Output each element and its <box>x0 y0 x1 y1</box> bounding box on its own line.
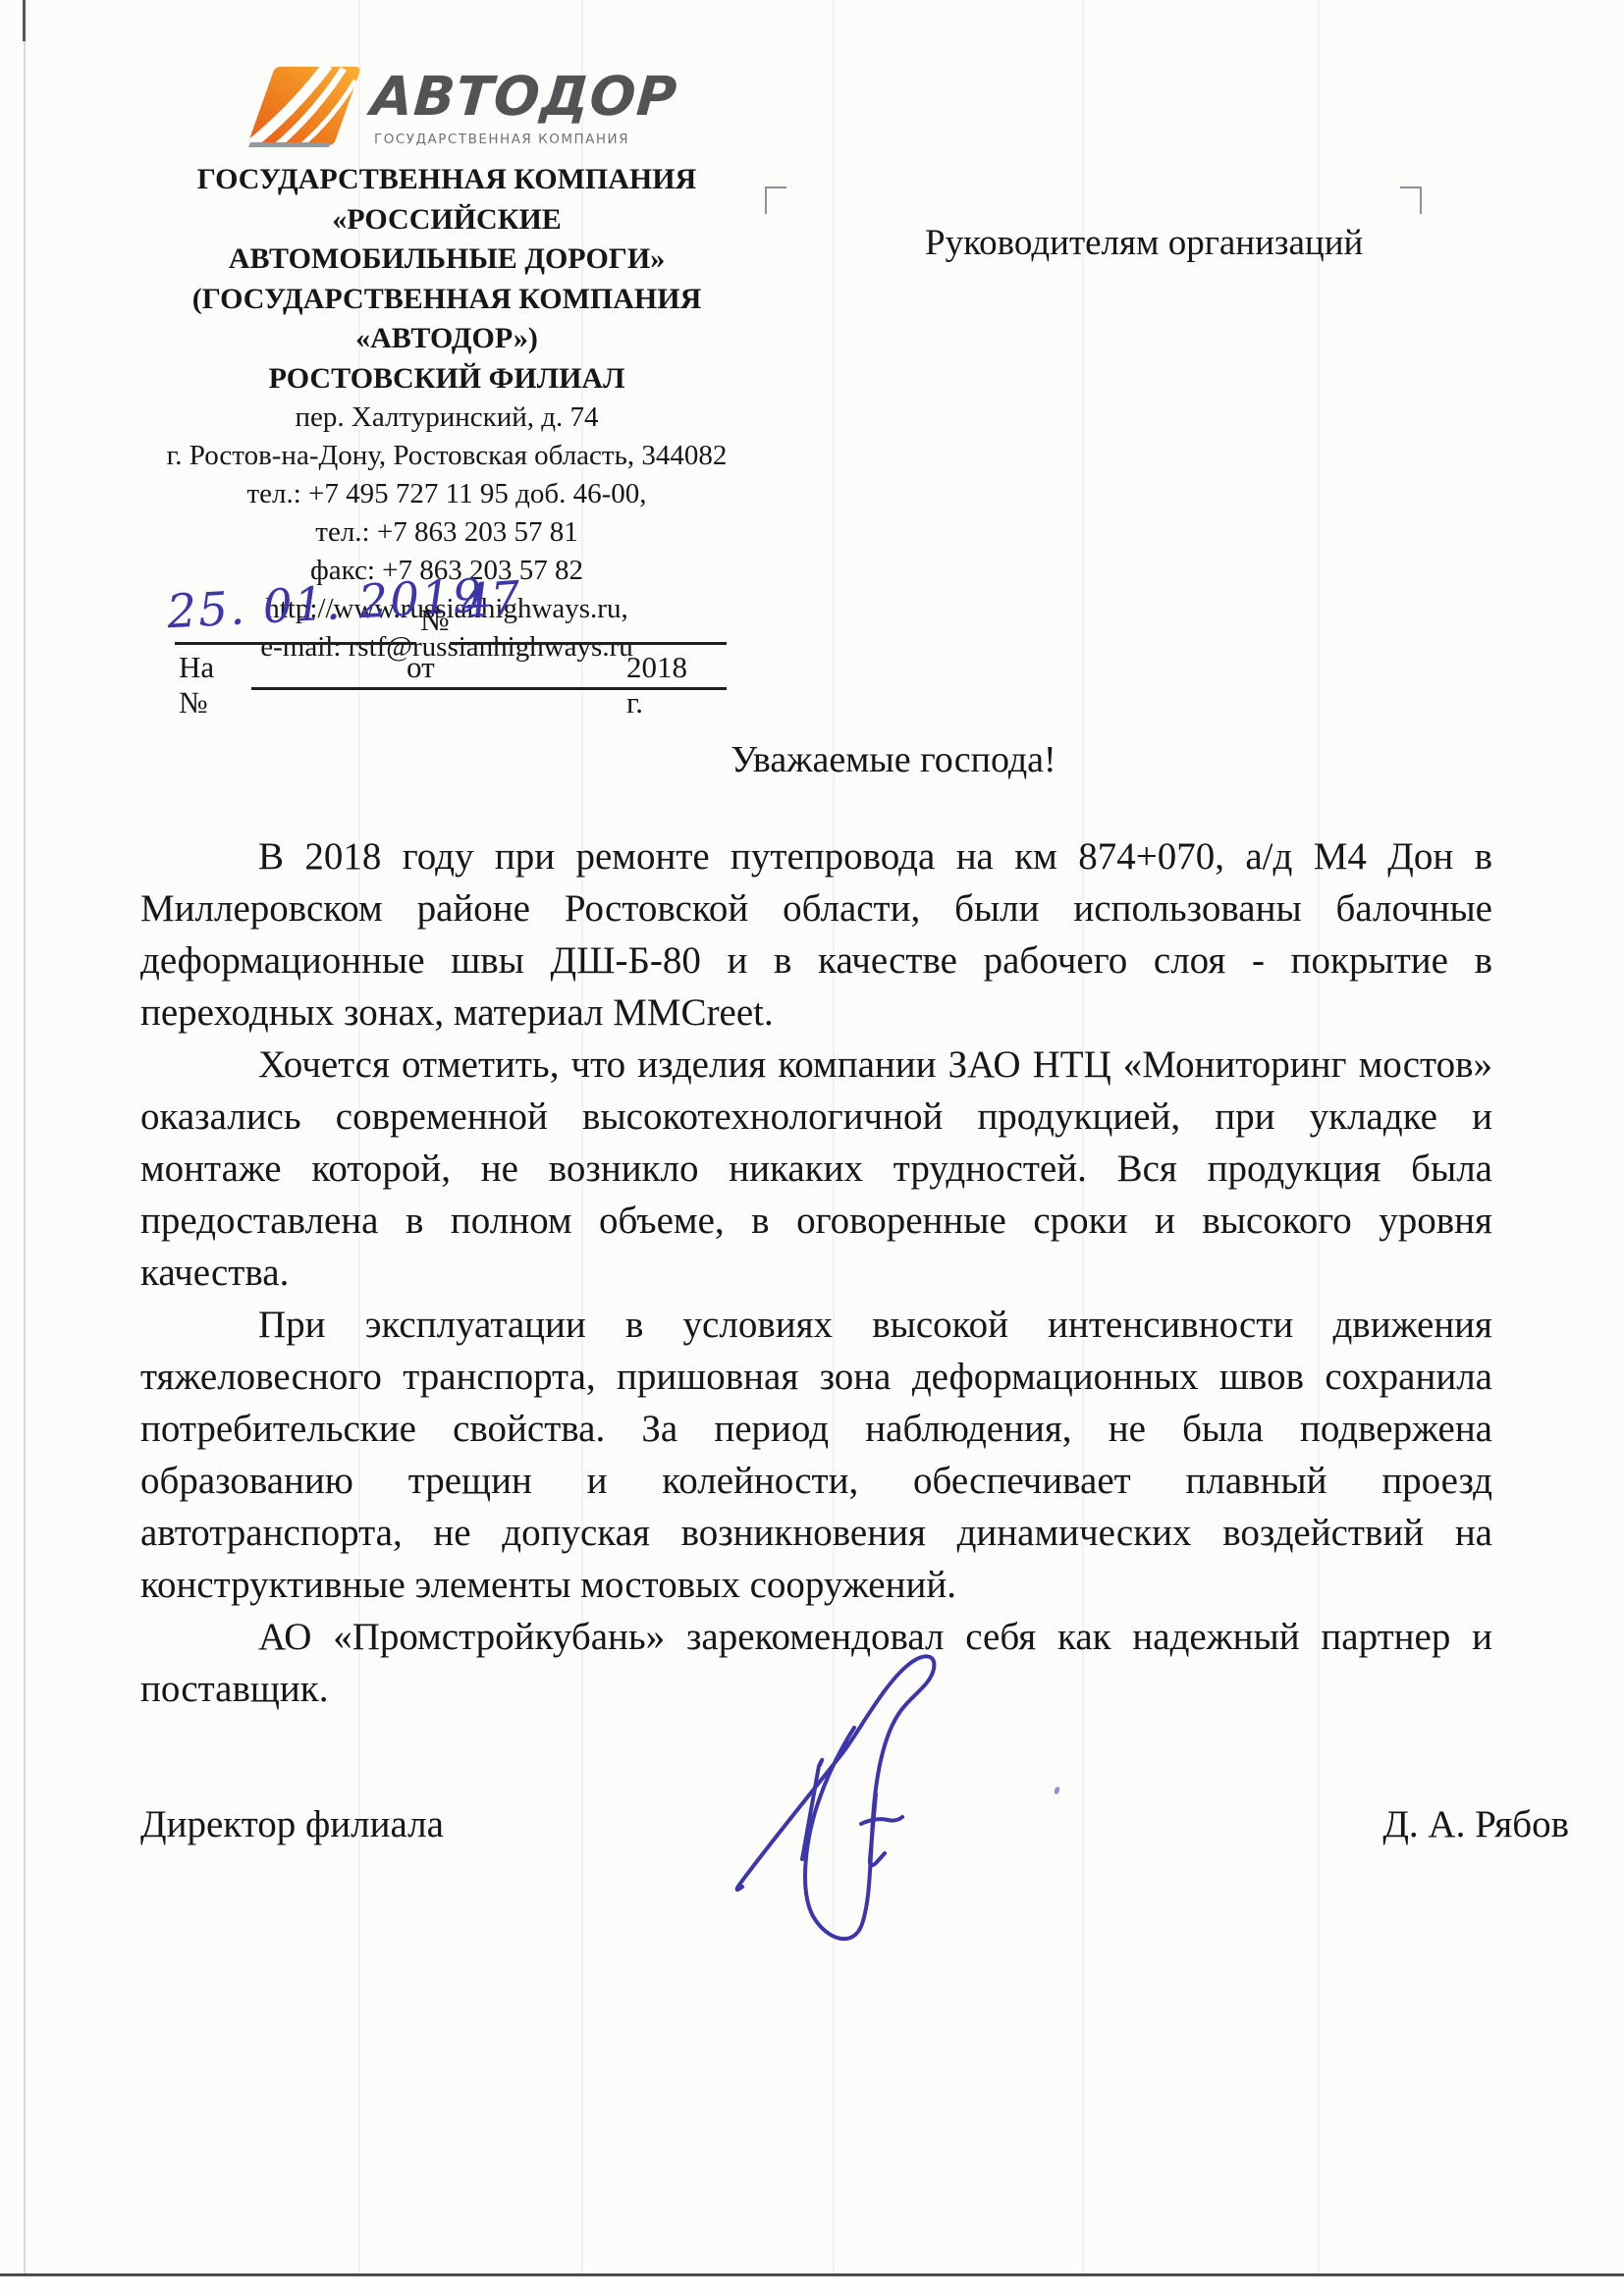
paragraph: Хочется отметить, что изделия компании З… <box>140 1039 1492 1299</box>
scan-edge-dark-dash <box>23 0 26 41</box>
scanned-letter-page: АВТОДОР ГОСУДАРСТВЕННАЯ КОМПАНИЯ ГОСУДАР… <box>0 0 1624 2296</box>
scan-edge-line <box>24 0 26 2296</box>
avtodor-logo: АВТОДОР ГОСУДАРСТВЕННАЯ КОМПАНИЯ <box>245 61 707 159</box>
from-label: от <box>406 650 435 685</box>
letter-body: В 2018 году при ремонте путепровода на к… <box>140 830 1492 1715</box>
phone-line: тел.: +7 863 203 57 81 <box>128 513 766 552</box>
year-label: 2018 г. <box>626 650 687 721</box>
address-corner-mark-left <box>765 187 786 214</box>
signer-position: Директор филиала <box>140 1802 444 1846</box>
date-underline <box>175 642 416 645</box>
company-name-line: «РОССИЙСКИЕ <box>128 200 766 240</box>
handwritten-number: 47 <box>460 571 522 629</box>
company-name-line: (ГОСУДАРСТВЕННАЯ КОМПАНИЯ <box>128 280 766 320</box>
handwritten-signature <box>727 1637 982 1991</box>
signer-name: Д. А. Рябов <box>1382 1802 1569 1846</box>
branch-name-line: РОСТОВСКИЙ ФИЛИАЛ <box>128 359 766 400</box>
paragraph: При эксплуатации в условиях высокой инте… <box>140 1299 1492 1611</box>
reply-to-label: На № <box>179 650 214 721</box>
number-underline <box>450 642 727 645</box>
company-name-line: «АВТОДОР») <box>128 319 766 359</box>
logo-wordmark: АВТОДОР <box>369 65 679 128</box>
logo-tagline: ГОСУДАРСТВЕННАЯ КОМПАНИЯ <box>374 132 629 147</box>
addressee: Руководителям организаций <box>925 222 1386 264</box>
salutation: Уважаемые господа! <box>589 738 1198 781</box>
paragraph: В 2018 году при ремонте путепровода на к… <box>140 830 1492 1039</box>
scan-below-edge <box>0 2276 1624 2296</box>
company-name-line: АВТОМОБИЛЬНЫЕ ДОРОГИ» <box>128 240 766 280</box>
avtodor-road-icon <box>245 65 365 155</box>
phone-line: тел.: +7 495 727 11 95 доб. 46-00, <box>128 475 766 513</box>
address-line: пер. Халтуринский, д. 74 <box>128 399 766 437</box>
ink-speck <box>1054 1786 1060 1794</box>
company-name-line: ГОСУДАРСТВЕННАЯ КОМПАНИЯ <box>128 160 766 200</box>
number-sign: № <box>420 603 450 638</box>
address-line: г. Ростов-на-Дону, Ростовская область, 3… <box>128 437 766 475</box>
address-corner-mark-right <box>1400 187 1422 214</box>
